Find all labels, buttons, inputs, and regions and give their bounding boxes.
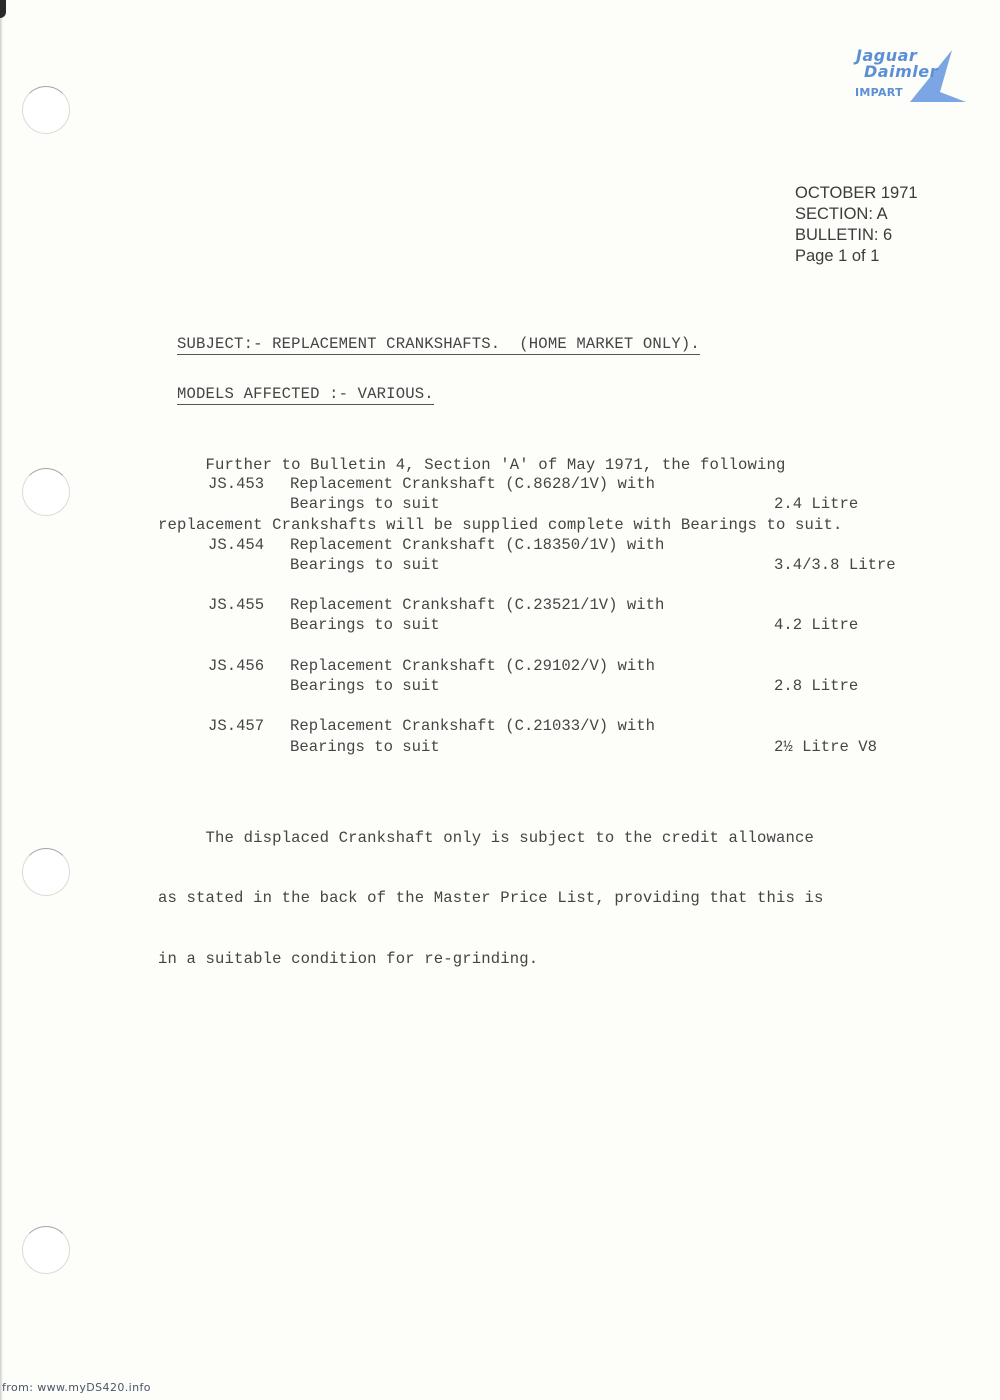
part-description: Replacement Crankshaft (C.8628/1V) with	[290, 474, 655, 494]
part-description-cont: Bearings to suit	[290, 494, 440, 514]
part-code: JS.454	[208, 535, 264, 555]
closing-line: in a suitable condition for re-grinding.	[158, 949, 824, 969]
part-description-cont: Bearings to suit	[290, 737, 440, 757]
models-affected-text: MODELS AFFECTED :- VARIOUS.	[177, 385, 434, 405]
jaguar-daimler-impart-logo: Jaguar Daimler IMPART	[848, 46, 966, 106]
punch-hole	[22, 468, 70, 516]
intro-line: Further to Bulletin 4, Section 'A' of Ma…	[158, 455, 843, 475]
part-item: JS.456 Replacement Crankshaft (C.29102/V…	[208, 656, 928, 717]
closing-paragraph: The displaced Crankshaft only is subject…	[158, 787, 824, 990]
page-number: Page 1 of 1	[795, 246, 918, 267]
punch-hole	[22, 848, 70, 896]
closing-line: The displaced Crankshaft only is subject…	[158, 828, 824, 848]
part-description: Replacement Crankshaft (C.18350/1V) with	[290, 535, 664, 555]
subject-heading: SUBJECT:- REPLACEMENT CRANKSHAFTS. (HOME…	[158, 314, 700, 355]
logo-word-impart: IMPART	[855, 86, 903, 99]
part-item: JS.453 Replacement Crankshaft (C.8628/1V…	[208, 474, 928, 535]
part-code: JS.456	[208, 656, 264, 676]
bulletin-section: SECTION: A	[795, 204, 918, 225]
part-description-cont: Bearings to suit	[290, 615, 440, 635]
part-description-cont: Bearings to suit	[290, 555, 440, 575]
part-description-cont: Bearings to suit	[290, 676, 440, 696]
part-code: JS.455	[208, 595, 264, 615]
punch-hole	[22, 86, 70, 134]
part-engine-size: 2.4 Litre	[774, 494, 858, 514]
page-edge-shadow	[0, 0, 3, 1400]
closing-line: as stated in the back of the Master Pric…	[158, 888, 824, 908]
parts-list: JS.453 Replacement Crankshaft (C.8628/1V…	[208, 474, 928, 777]
part-engine-size: 2½ Litre V8	[774, 737, 877, 757]
logo-word-daimler: Daimler	[864, 62, 938, 81]
bulletin-number: BULLETIN: 6	[795, 225, 918, 246]
part-code: JS.453	[208, 474, 264, 494]
part-description: Replacement Crankshaft (C.23521/1V) with	[290, 595, 664, 615]
source-credit-watermark: from: www.myDS420.info	[2, 1381, 151, 1394]
subject-text: SUBJECT:- REPLACEMENT CRANKSHAFTS. (HOME…	[177, 335, 700, 355]
punch-hole	[22, 1226, 70, 1274]
part-engine-size: 3.4/3.8 Litre	[774, 555, 896, 575]
page-corner	[0, 0, 6, 18]
part-item: JS.454 Replacement Crankshaft (C.18350/1…	[208, 535, 928, 596]
bulletin-date: OCTOBER 1971	[795, 183, 918, 204]
part-engine-size: 4.2 Litre	[774, 615, 858, 635]
part-item: JS.457 Replacement Crankshaft (C.21033/V…	[208, 716, 928, 777]
part-description: Replacement Crankshaft (C.21033/V) with	[290, 716, 655, 736]
part-item: JS.455 Replacement Crankshaft (C.23521/1…	[208, 595, 928, 656]
part-engine-size: 2.8 Litre	[774, 676, 858, 696]
part-description: Replacement Crankshaft (C.29102/V) with	[290, 656, 655, 676]
models-affected-heading: MODELS AFFECTED :- VARIOUS.	[158, 364, 434, 405]
part-code: JS.457	[208, 716, 264, 736]
bulletin-meta: OCTOBER 1971 SECTION: A BULLETIN: 6 Page…	[795, 183, 918, 267]
